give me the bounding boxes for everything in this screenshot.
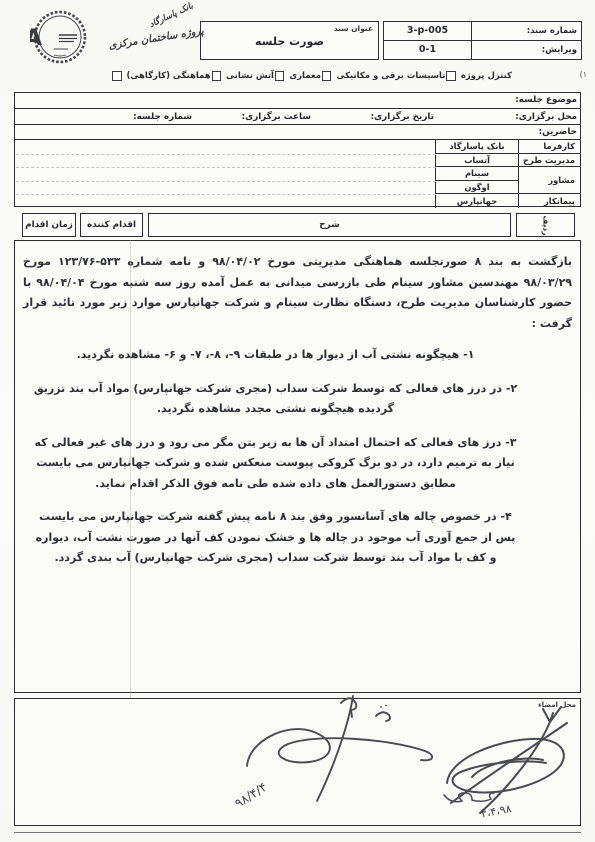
project-name-line1: پروژه ساختمان مرکزی [108, 26, 204, 52]
doc-number-row: شماره سند: 3-p-005 [384, 22, 581, 41]
column-header-description: شرح [148, 213, 511, 237]
doc-number-value: 3-p-005 [384, 22, 471, 40]
discipline-label: آتش نشانی [226, 71, 274, 81]
document-title-caption: عنوان سند [201, 22, 378, 33]
minutes-item-3: ۳- درز های فعالی که احتمال امتداد آن ها … [31, 433, 520, 495]
meeting-subject-label: موضوع جلسه: [15, 93, 580, 109]
scanned-meeting-minutes-page: شماره سند: 3-p-005 ویرایش: 0-1 عنوان سند… [0, 0, 595, 842]
signature-place-label: محل امضاء [538, 701, 576, 709]
session-number-label: شماره جلسه: [133, 109, 192, 125]
discipline-label: معماری [289, 71, 321, 81]
dashed-rule [16, 167, 436, 168]
meeting-info-table: موضوع جلسه: محل برگزاری: تاریخ برگزاری: … [14, 92, 581, 207]
time-label: ساعت برگزاری: [242, 109, 311, 125]
meeting-logistics-row: محل برگزاری: تاریخ برگزاری: ساعت برگزاری… [15, 109, 580, 125]
discipline-label: تاسیسات برقی و مکانیکی [336, 71, 445, 81]
discipline-architecture: معماری [275, 71, 321, 81]
client-role: کارفرما [518, 140, 580, 154]
document-title: صورت جلسه [201, 35, 378, 48]
checkbox-icon [322, 71, 332, 81]
consultant-role: مشاور [518, 167, 580, 194]
column-header-action-time: زمان اقدام [22, 213, 76, 237]
svg-text:A: A [30, 26, 42, 51]
checkbox-icon [112, 71, 122, 81]
client-name: بانک پاسارگاد [435, 140, 518, 154]
dashed-rule [16, 154, 436, 155]
project-name-line2: بانک پاسارگاد [148, 1, 195, 30]
discipline-label: کنترل پروژه [461, 71, 512, 81]
checkbox-icon [446, 71, 456, 81]
discipline-site-coordination: هماهنگی (کارگاهی) [112, 71, 211, 81]
minutes-item-1: ۱- هیچگونه نشتی آب از دیوار ها در طبقات … [31, 345, 520, 366]
attendees-label: حاضرین: [15, 125, 580, 140]
row-number-label: ردیف [541, 215, 550, 235]
page-bottom-rule [14, 832, 581, 833]
contractor-name: جهانپارس [435, 194, 518, 208]
minutes-body: بازگشت به بند ۸ صورتجلسه هماهنگی مدیریتی… [14, 240, 581, 693]
dashed-rule [16, 194, 436, 195]
column-header-row-number: ردیف [516, 213, 575, 237]
revision-row: ویرایش: 0-1 [384, 41, 581, 60]
margin-mark: ۱) [580, 70, 587, 79]
pm-role: مدیریت طرح [518, 154, 580, 168]
revision-label: ویرایش: [471, 41, 581, 60]
signature-box: محل امضاء [14, 698, 581, 826]
discipline-checkbox-row: کنترل پروژه تاسیسات برقی و مکانیکی معمار… [112, 71, 512, 81]
pm-name: آتساب [435, 154, 518, 168]
minutes-item-4: ۴- در خصوص چاله های آسانسور وفق بند ۸ نا… [31, 507, 520, 569]
minutes-item-2: ۲- در درز های فعالی که توسط شرکت سداب (م… [31, 379, 520, 420]
company-stamp-logo: A [30, 9, 90, 65]
venue-label: محل برگزاری: [515, 109, 577, 125]
stamp-icon: A [30, 9, 90, 65]
project-name-handwriting: بانک پاسارگاد پروژه ساختمان مرکزی [81, 4, 209, 72]
discipline-mep: تاسیسات برقی و مکانیکی [322, 71, 446, 81]
revision-value: 0-1 [384, 41, 471, 60]
discipline-fire-safety: آتش نشانی [212, 71, 274, 81]
checkbox-icon [212, 71, 222, 81]
discipline-project-control: کنترل پروژه [446, 71, 512, 81]
column-header-action-party: اقدام کننده [80, 213, 143, 237]
document-meta-table: شماره سند: 3-p-005 ویرایش: 0-1 [383, 21, 582, 60]
discipline-label: هماهنگی (کارگاهی) [127, 71, 211, 81]
date-label: تاریخ برگزاری: [371, 109, 434, 125]
checkbox-icon [275, 71, 285, 81]
consultant-name-2: اوگون [435, 181, 518, 195]
doc-number-label: شماره سند: [471, 22, 581, 40]
document-title-box: عنوان سند صورت جلسه [200, 21, 379, 60]
dashed-rule [16, 181, 436, 182]
consultant-name-1: سینام [435, 167, 518, 181]
contractor-role: پیمانکار [518, 194, 580, 208]
minutes-intro-paragraph: بازگشت به بند ۸ صورتجلسه هماهنگی مدیریتی… [23, 252, 572, 334]
